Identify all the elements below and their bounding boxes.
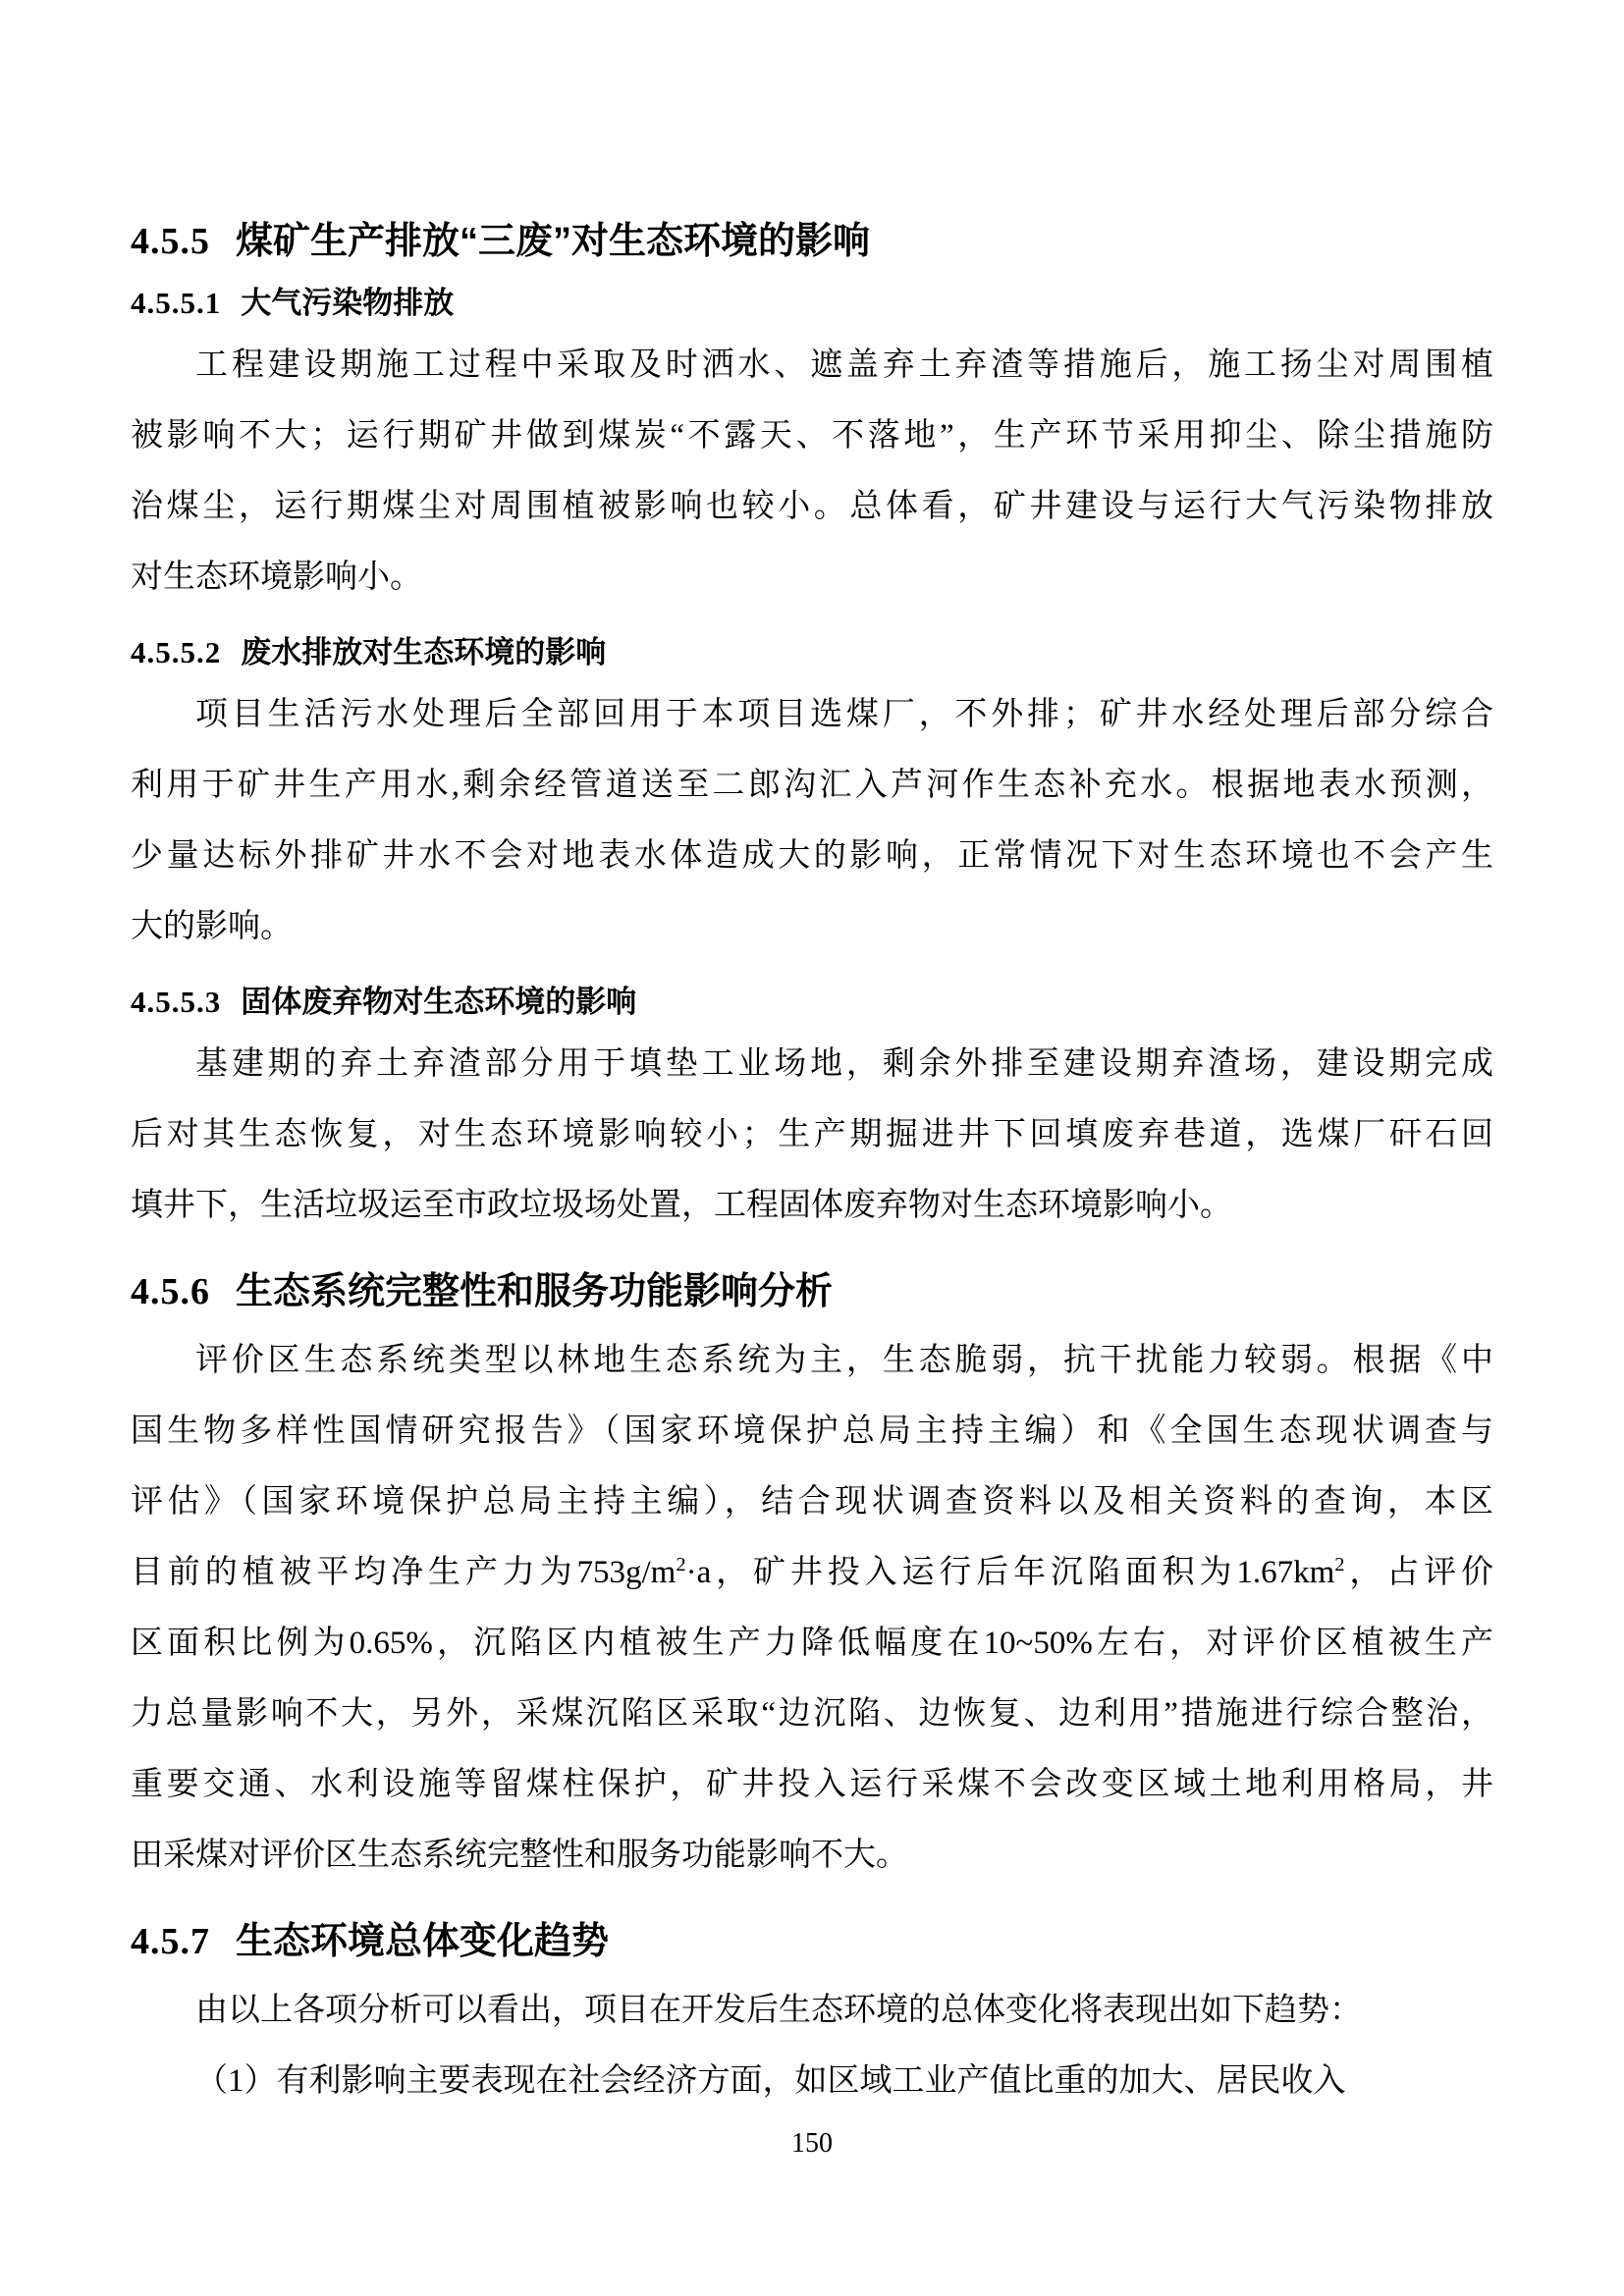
paragraph-line-with-superscripts: 目前的植被平均净生产力为753g/m2·a，矿井投入运行后年沉陷面积为1.67k… — [131, 1537, 1493, 1608]
document-page: 4.5.5煤矿生产排放“三废”对生态环境的影响 4.5.5.1大气污染物排放 工… — [0, 0, 1624, 2296]
paragraph-line: 力总量影响不大，另外，采煤沉陷区采取“边沉陷、边恢复、边利用”措施进行综合整治， — [131, 1679, 1493, 1749]
superscript: 2 — [676, 1554, 685, 1575]
paragraph-line: 工程建设期施工过程中采取及时洒水、遮盖弃土弃渣等措施后，施工扬尘对周围植 — [131, 330, 1493, 400]
section-heading-4-5-5: 4.5.5煤矿生产排放“三废”对生态环境的影响 — [131, 220, 1493, 263]
text-run: 目前的植被平均净生产力为753g/m — [131, 1555, 676, 1590]
paragraph-air-pollutants: 工程建设期施工过程中采取及时洒水、遮盖弃土弃渣等措施后，施工扬尘对周围植 被影响… — [131, 330, 1493, 613]
heading-number: 4.5.5.2 — [131, 635, 221, 669]
paragraph-solid-waste: 基建期的弃土弃渣部分用于填垫工业场地，剩余外排至建设期弃渣场，建设期完成 后对其… — [131, 1029, 1493, 1241]
heading-number: 4.5.6 — [131, 1271, 210, 1312]
section-heading-4-5-5-3: 4.5.5.3固体废弃物对生态环境的影响 — [131, 984, 1493, 1021]
section-heading-4-5-5-2: 4.5.5.2废水排放对生态环境的影响 — [131, 634, 1493, 671]
paragraph-line: 后对其生态恢复，对生态环境影响较小；生产期掘进井下回填废弃巷道，选煤厂矸石回 — [131, 1099, 1493, 1170]
paragraph-line: 基建期的弃土弃渣部分用于填垫工业场地，剩余外排至建设期弃渣场，建设期完成 — [131, 1029, 1493, 1099]
text-run: ·a，矿井投入运行后年沉陷面积为1.67km — [686, 1555, 1335, 1590]
paragraph-line: 田采煤对评价区生态系统完整性和服务功能影响不大。 — [131, 1820, 1493, 1891]
paragraph-line: 治煤尘，运行期煤尘对周围植被影响也较小。总体看，矿井建设与运行大气污染物排放 — [131, 471, 1493, 542]
page-number: 150 — [131, 2128, 1493, 2160]
heading-title: 大气污染物排放 — [241, 286, 454, 320]
paragraph-line: 国生物多样性国情研究报告》（国家环境保护总局主持主编）和《全国生态现状调查与 — [131, 1396, 1493, 1467]
paragraph-line: 由以上各项分析可以看出，项目在开发后生态环境的总体变化将表现出如下趋势： — [131, 1975, 1493, 2046]
paragraph-wastewater: 项目生活污水处理后全部回用于本项目选煤厂，不外排；矿井水经处理后部分综合 利用于… — [131, 679, 1493, 962]
section-heading-4-5-6: 4.5.6生态系统完整性和服务功能影响分析 — [131, 1270, 1493, 1313]
paragraph-line: 区面积比例为0.65%，沉陷区内植被生产力降低幅度在10~50%左右，对评价区植… — [131, 1608, 1493, 1679]
section-heading-4-5-7: 4.5.7生态环境总体变化趋势 — [131, 1920, 1493, 1963]
text-run: ，占评价 — [1345, 1555, 1494, 1590]
heading-title: 生态系统完整性和服务功能影响分析 — [236, 1271, 833, 1312]
paragraph-ecosystem-integrity: 评价区生态系统类型以林地生态系统为主，生态脆弱，抗干扰能力较弱。根据《中 国生物… — [131, 1325, 1493, 1891]
paragraph-line: 评价区生态系统类型以林地生态系统为主，生态脆弱，抗干扰能力较弱。根据《中 — [131, 1325, 1493, 1396]
paragraph-line: 被影响不大；运行期矿井做到煤炭“不露天、不落地”，生产环节采用抑尘、除尘措施防 — [131, 400, 1493, 471]
paragraph-line: 填井下，生活垃圾运至市政垃圾场处置，工程固体废弃物对生态环境影响小。 — [131, 1170, 1493, 1241]
paragraph-line: 评估》（国家环境保护总局主持主编），结合现状调查资料以及相关资料的查询，本区 — [131, 1467, 1493, 1537]
heading-number: 4.5.5.3 — [131, 985, 221, 1019]
superscript: 2 — [1334, 1554, 1344, 1575]
heading-number: 4.5.7 — [131, 1921, 210, 1962]
heading-title: 废水排放对生态环境的影响 — [241, 635, 606, 669]
paragraph-line: 少量达标外排矿井水不会对地表水体造成大的影响，正常情况下对生态环境也不会产生 — [131, 821, 1493, 891]
heading-number: 4.5.5 — [131, 221, 210, 262]
paragraph-line: 重要交通、水利设施等留煤柱保护，矿井投入运行采煤不会改变区域土地利用格局，井 — [131, 1749, 1493, 1820]
heading-title: 生态环境总体变化趋势 — [236, 1921, 609, 1962]
paragraph-line: （1）有利影响主要表现在社会经济方面，如区域工业产值比重的加大、居民收入 — [131, 2046, 1493, 2116]
heading-title: 煤矿生产排放“三废”对生态环境的影响 — [236, 221, 870, 262]
paragraph-line: 大的影响。 — [131, 891, 1493, 962]
paragraph-line: 利用于矿井生产用水,剩余经管道送至二郎沟汇入芦河作生态补充水。根据地表水预测， — [131, 750, 1493, 821]
heading-title: 固体废弃物对生态环境的影响 — [241, 985, 636, 1019]
heading-number: 4.5.5.1 — [131, 286, 221, 320]
paragraph-line: 对生态环境影响小。 — [131, 542, 1493, 613]
section-heading-4-5-5-1: 4.5.5.1大气污染物排放 — [131, 285, 1493, 322]
paragraph-overall-trends: 由以上各项分析可以看出，项目在开发后生态环境的总体变化将表现出如下趋势： （1）… — [131, 1975, 1493, 2116]
paragraph-line: 项目生活污水处理后全部回用于本项目选煤厂，不外排；矿井水经处理后部分综合 — [131, 679, 1493, 750]
